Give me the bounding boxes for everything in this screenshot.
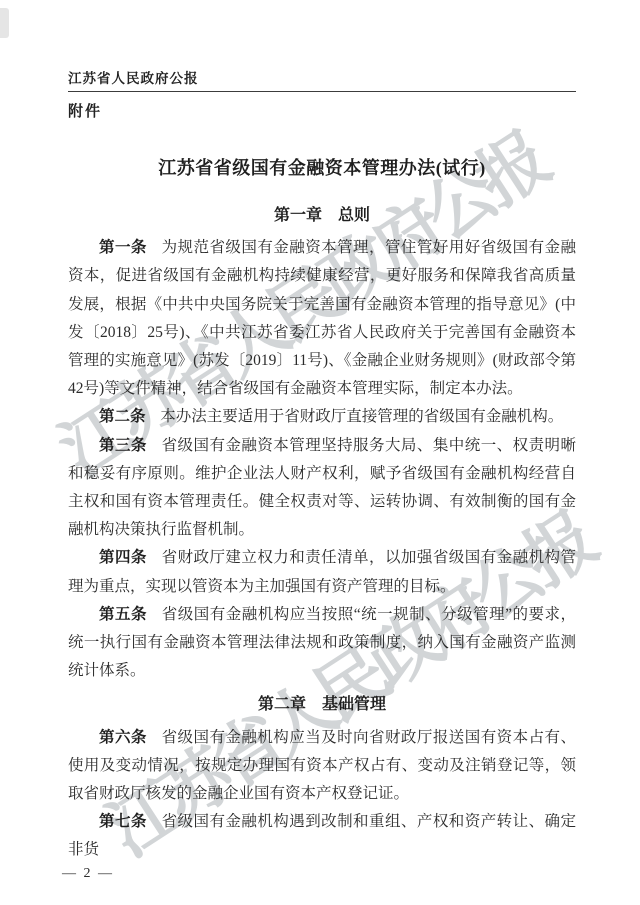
printed-area: 江苏省人民政府公报 附件 江苏省省级国有金融资本管理办法(试行) 第一章总则 第…: [0, 71, 640, 882]
article-paragraph: 第六条省级国有金融机构应当及时向省财政厅报送国有资本占有、使用及变动情况，按规定…: [68, 724, 576, 809]
gazette-page: 江苏省人民政府公报 江苏省人民政府公报 江苏省人民政府公报 附件 江苏省省级国有…: [0, 0, 640, 905]
chapter-heading: 第一章总则: [68, 202, 576, 230]
article-paragraph: 第四条省财政厅建立权力和责任清单，以加强省级国有金融机构管理为重点，实现以管资本…: [68, 544, 576, 600]
article-number: 第七条: [99, 813, 147, 830]
gazette-header: 江苏省人民政府公报: [68, 71, 576, 86]
chapter-number: 第二章: [258, 696, 306, 713]
article-number: 第一条: [99, 239, 147, 256]
article-paragraph: 第三条省级国有金融资本管理坚持服务大局、集中统一、权责明晰和稳妥有序原则。维护企…: [68, 432, 576, 545]
attachment-label: 附件: [68, 103, 576, 121]
article-number: 第二条: [99, 408, 146, 425]
article-paragraph: 第二条本办法主要适用于省财政厅直接管理的省级国有金融机构。: [68, 403, 576, 431]
header-rule: [68, 91, 576, 92]
chapter-name: 基础管理: [322, 696, 386, 713]
page-number: — 2 —: [62, 866, 576, 882]
document-title: 江苏省省级国有金融资本管理办法(试行): [68, 156, 576, 180]
gazette-name: 江苏省人民政府公报: [68, 71, 199, 86]
article-number: 第五条: [99, 606, 147, 623]
article-text: 本办法主要适用于省财政厅直接管理的省级国有金融机构。: [160, 408, 563, 425]
article-number: 第四条: [99, 549, 147, 566]
article-number: 第六条: [99, 729, 147, 746]
document-body: 第一章总则 第一条为规范省级国有金融资本管理，管住管好用好省级国有金融资本，促进…: [68, 202, 576, 865]
scan-artifact: [0, 8, 9, 38]
article-paragraph: 第五条省级国有金融机构应当按照“统一规制、分级管理”的要求，统一执行国有金融资本…: [68, 601, 576, 686]
article-text: 为规范省级国有金融资本管理，管住管好用好省级国有金融资本，促进省级国有金融机构持…: [68, 239, 576, 397]
chapter-number: 第一章: [274, 207, 322, 224]
chapter-heading: 第二章基础管理: [68, 691, 576, 719]
chapter-name: 总则: [338, 207, 370, 224]
article-paragraph: 第一条为规范省级国有金融资本管理，管住管好用好省级国有金融资本，促进省级国有金融…: [68, 234, 576, 403]
article-paragraph: 第七条省级国有金融机构遇到改制和重组、产权和资产转让、确定非货: [68, 808, 576, 864]
article-number: 第三条: [99, 437, 147, 454]
